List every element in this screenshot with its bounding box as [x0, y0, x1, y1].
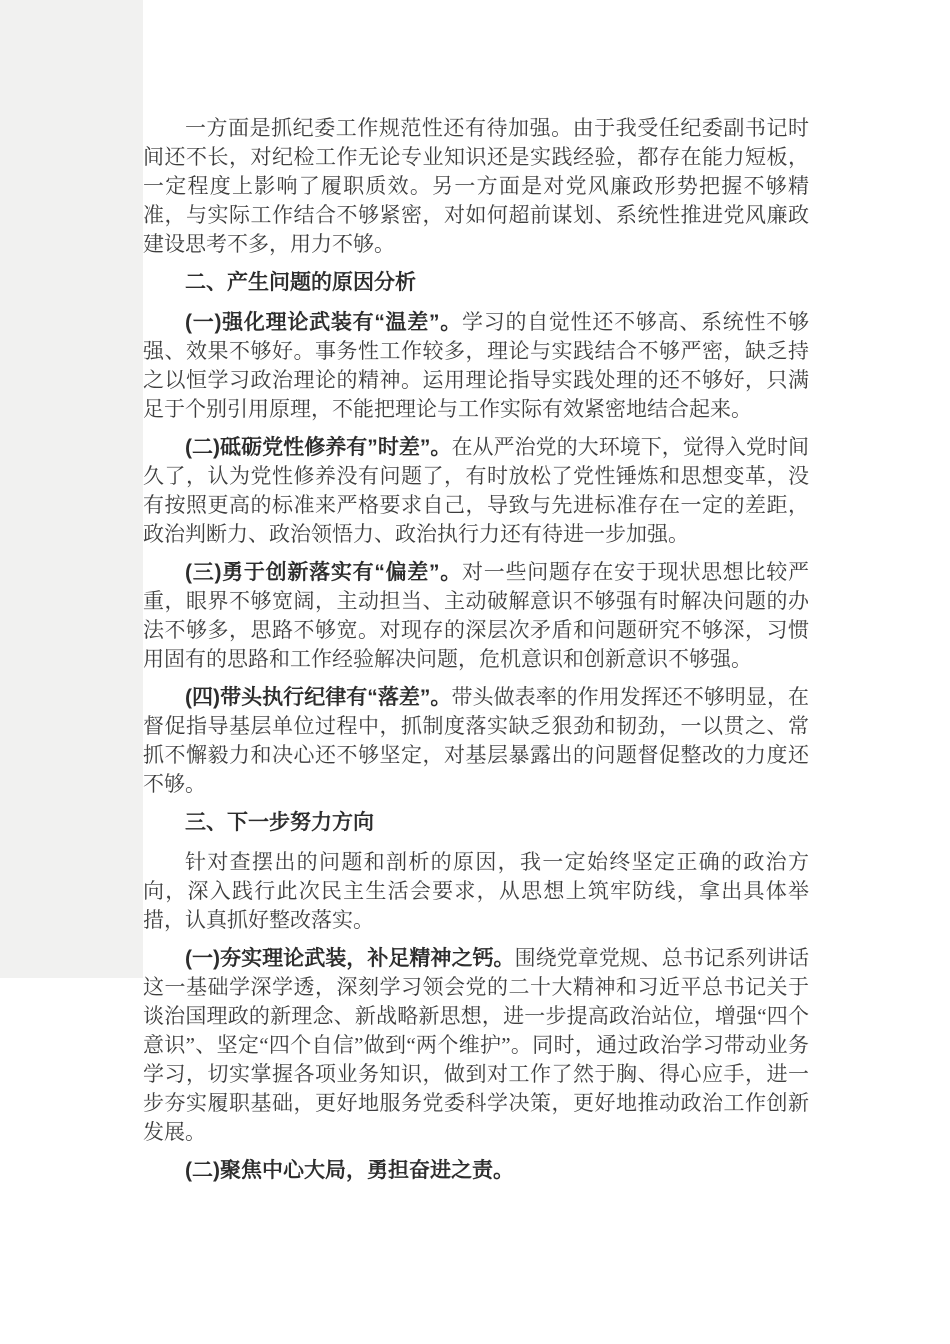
paragraph-text: 围绕党章党规、总书记系列讲话这一基础学深学透，深刻学习领会党的二十大精神和习近平…	[143, 946, 809, 1144]
paragraph-lead: (三)勇于创新落实有“偏差”。	[185, 561, 462, 584]
paragraph: 一方面是抓纪委工作规范性还有待加强。由于我受任纪委副书记时间还不长，对纪检工作无…	[143, 114, 809, 259]
paragraph-lead: (四)带头执行纪律有“落差”。	[185, 686, 451, 709]
section-heading: 二、产生问题的原因分析	[143, 268, 809, 297]
paragraph-lead: (二)砥砺党性修养有”时差”。	[185, 436, 451, 459]
section-heading: 三、下一步努力方向	[143, 808, 809, 837]
paragraph: 针对查摆出的问题和剖析的原因，我一定始终坚定正确的政治方向，深入践行此次民主生活…	[143, 848, 809, 935]
paragraph-lead: (一)强化理论武装有“温差”。	[185, 311, 462, 334]
paragraph-text: 一方面是抓纪委工作规范性还有待加强。由于我受任纪委副书记时间还不长，对纪检工作无…	[143, 116, 809, 256]
document-body: 一方面是抓纪委工作规范性还有待加强。由于我受任纪委副书记时间还不长，对纪检工作无…	[143, 114, 809, 1194]
paragraph-lead: (一)夯实理论武装，补足精神之钙。	[185, 947, 515, 970]
page-left-margin	[0, 0, 143, 978]
section-heading-text: 二、产生问题的原因分析	[185, 271, 416, 294]
paragraph: (四)带头执行纪律有“落差”。带头做表率的作用发挥还不够明显，在督促指导基层单位…	[143, 683, 809, 799]
paragraph: (二)砥砺党性修养有”时差”。在从严治党的大环境下，觉得入党时间久了，认为党性修…	[143, 433, 809, 549]
paragraph: (二)聚焦中心大局，勇担奋进之责。	[143, 1156, 809, 1185]
paragraph: (一)强化理论武装有“温差”。学习的自觉性还不够高、系统性不够强、效果不够好。事…	[143, 308, 809, 424]
paragraph: (一)夯实理论武装，补足精神之钙。围绕党章党规、总书记系列讲话这一基础学深学透，…	[143, 944, 809, 1147]
section-heading-text: 三、下一步努力方向	[185, 811, 374, 834]
paragraph-text: 针对查摆出的问题和剖析的原因，我一定始终坚定正确的政治方向，深入践行此次民主生活…	[143, 850, 809, 932]
paragraph-lead: (二)聚焦中心大局，勇担奋进之责。	[185, 1159, 514, 1182]
paragraph: (三)勇于创新落实有“偏差”。对一些问题存在安于现状思想比较严重，眼界不够宽阔，…	[143, 558, 809, 674]
